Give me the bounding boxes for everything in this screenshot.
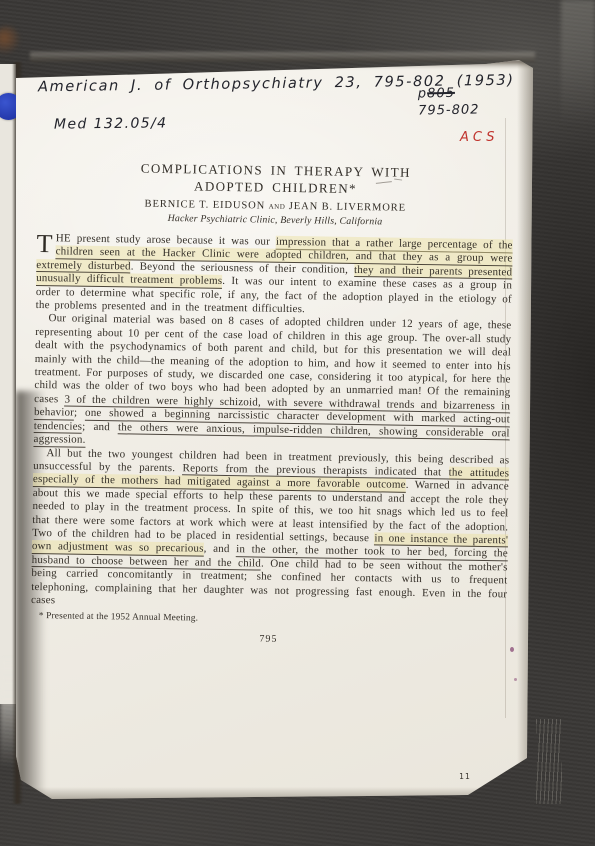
body-text: ; and [82, 420, 118, 433]
page-number: 795 [30, 630, 506, 648]
paragraphs: THE present study arose because it was o… [31, 232, 513, 615]
article-body: COMPLICATIONS IN THERAPY WITH ADOPTED CH… [30, 158, 514, 649]
handwritten-call-number: Med 132.05/4 [54, 115, 168, 132]
article-page: American J. of Orthopsychiatry 23, 795-8… [16, 58, 533, 799]
strikethrough-number: 805 [427, 86, 455, 101]
paragraph: THE present study arose because it was o… [36, 232, 513, 320]
struck-page-ref: p805 [418, 84, 480, 102]
paragraph: All but the two youngest children had be… [31, 446, 509, 614]
title-line-2: ADOPTED CHILDREN* [194, 178, 357, 196]
paragraph: Our original material was based on 8 cas… [33, 312, 511, 454]
author-2: JEAN B. LIVERMORE [289, 201, 406, 214]
body-text: Our original material was based on 8 cas… [34, 313, 511, 406]
ink-speck [510, 647, 514, 652]
handwritten-page-range: p805 795-802 [418, 84, 480, 119]
page-right-shade [517, 58, 533, 799]
acs-stamp: ACS [460, 130, 498, 145]
title-line-1: COMPLICATIONS IN THERAPY WITH [141, 161, 411, 180]
drop-cap: T [36, 232, 55, 255]
scan-light-streak [561, 0, 595, 150]
article-title: COMPLICATIONS IN THERAPY WITH ADOPTED CH… [37, 158, 513, 199]
photocopy-scan: American J. of Orthopsychiatry 23, 795-8… [0, 0, 595, 846]
author-conjunction: and [269, 201, 286, 212]
body-text: , and [204, 543, 237, 556]
ink-speck [514, 678, 517, 681]
rust-stain [0, 26, 20, 56]
corner-mark: 11 [459, 772, 471, 781]
author-1: BERNICE T. EIDUSON [145, 199, 266, 212]
footnote: * Presented at the 1952 Annual Meeting. [31, 611, 507, 628]
book-page-edges [536, 719, 562, 804]
body-text: ; [74, 407, 85, 419]
corrected-page-ref: 795-802 [418, 101, 480, 119]
page-bottom-shade [16, 787, 533, 799]
paper-top-edge-shadow [30, 52, 535, 62]
